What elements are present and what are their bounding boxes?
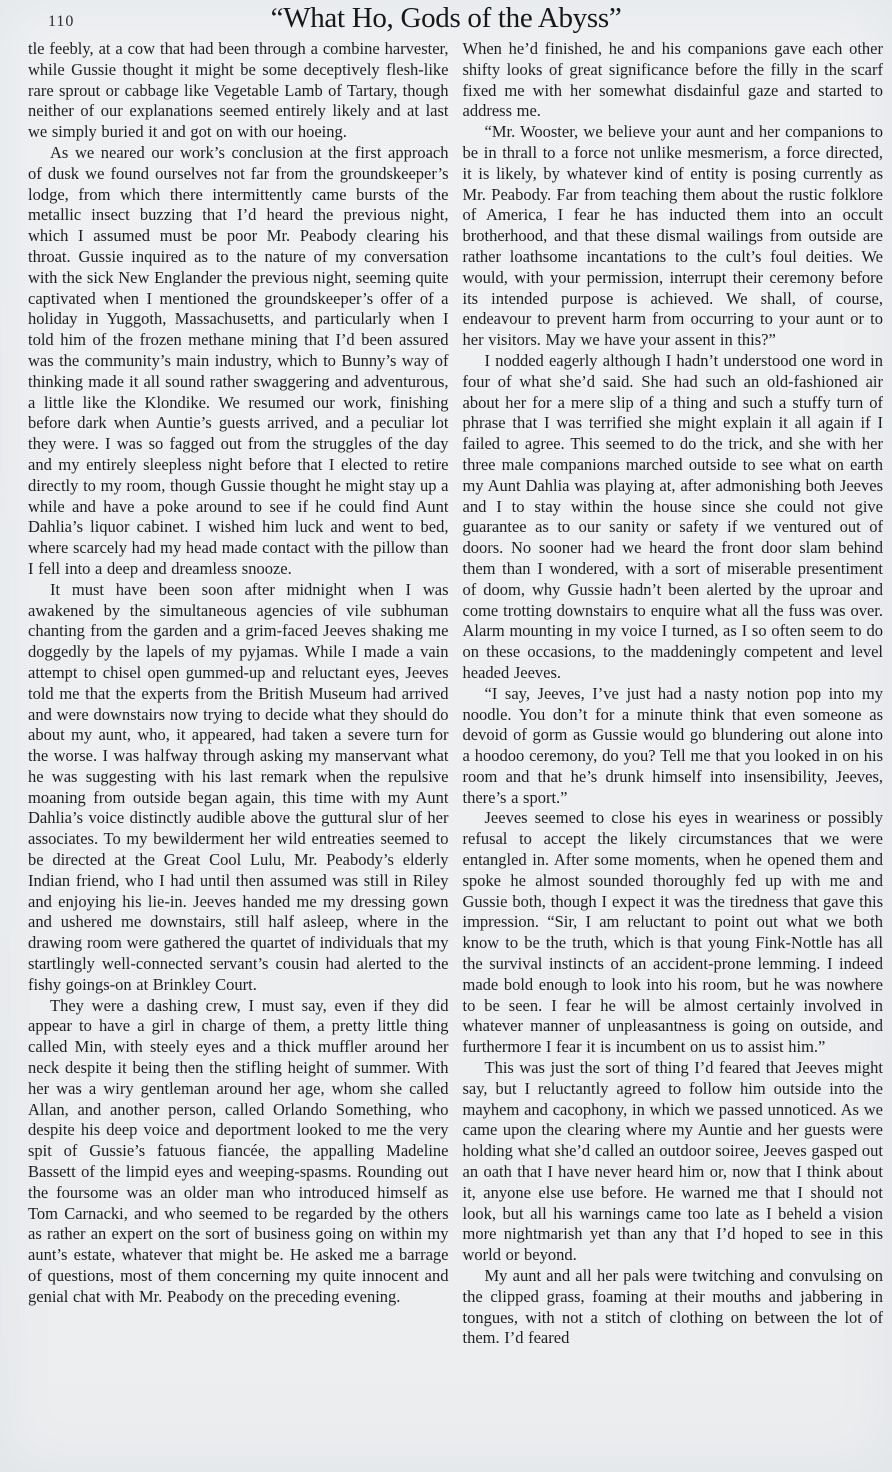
right-column: When he’d finished, he and his companion… <box>463 39 884 1472</box>
paragraph: “I say, Jeeves, I’ve just had a nasty no… <box>463 684 884 809</box>
book-page: 110 “What Ho, Gods of the Abyss” tle fee… <box>0 0 892 1472</box>
paragraph: “Mr. Wooster, we believe your aunt and h… <box>463 122 884 351</box>
paragraph: tle feebly, at a cow that had been throu… <box>28 39 449 143</box>
paragraph: Jeeves seemed to close his eyes in weari… <box>463 808 884 1058</box>
paragraph: This was just the sort of thing I’d fear… <box>463 1058 884 1266</box>
paragraph: When he’d finished, he and his companion… <box>463 39 884 122</box>
paragraph: It must have been soon after midnight wh… <box>28 580 449 996</box>
paragraph: My aunt and all her pals were twitching … <box>463 1266 884 1349</box>
paragraph: I nodded eagerly although I hadn’t under… <box>463 351 884 684</box>
text-columns: tle feebly, at a cow that had been throu… <box>28 39 883 1472</box>
paragraph: They were a dashing crew, I must say, ev… <box>28 996 449 1308</box>
left-column: tle feebly, at a cow that had been throu… <box>28 39 449 1472</box>
page-header: 110 “What Ho, Gods of the Abyss” <box>0 0 892 40</box>
paragraph: As we neared our work’s conclusion at th… <box>28 143 449 580</box>
page-title: “What Ho, Gods of the Abyss” <box>0 2 892 35</box>
